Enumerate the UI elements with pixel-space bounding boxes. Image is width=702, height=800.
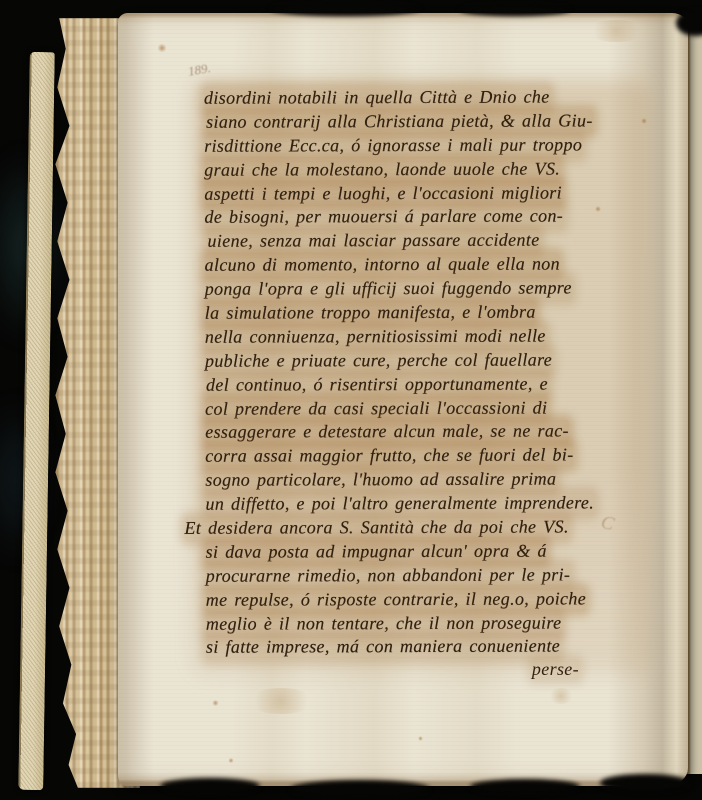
catchword: perse-	[532, 659, 579, 680]
text-line-ink: si dava posta ad impugnar alcun' opra & …	[206, 540, 547, 565]
text-line-ink: aspetti i tempi e luoghi, e l'occasioni …	[204, 181, 562, 206]
text-line-ink: la simulatione troppo manifesta, e l'omb…	[205, 301, 536, 326]
page-edge-shadow	[290, 780, 430, 798]
text-line: essaggerare e detestare alcun male, se n…	[205, 420, 651, 445]
text-line: ponga l'opra e gli ufficij suoi fuggendo…	[205, 276, 651, 301]
text-line-ink: disordini notabili in quella Città e Dni…	[204, 86, 550, 111]
stain-spot	[641, 118, 647, 124]
page-edge-shadow	[470, 779, 580, 794]
text-line-ink: meglio è il non tentare, che il non pros…	[206, 611, 562, 636]
stain-spot	[212, 700, 219, 706]
text-line-ink: nella conniuenza, pernitiosissimi modi n…	[205, 324, 546, 349]
text-line-ink: essaggerare e detestare alcun male, se n…	[205, 420, 569, 445]
text-line: corra assai maggior frutto, che se fuori…	[205, 444, 651, 469]
page-edge-shadow	[270, 2, 420, 16]
text-line-ink: alcuno di momento, intorno al quale ella…	[205, 253, 560, 278]
stain-spot	[228, 758, 234, 763]
text-line: risdittione Ecc.ca, ó ignorasse i mali p…	[204, 133, 650, 158]
text-line-ink: un diffetto, e poi l'altro generalmente …	[205, 492, 594, 517]
stain-spot	[586, 20, 646, 42]
text-line-ink: procurarne rimedio, non abbandoni per le…	[206, 563, 571, 588]
text-line: un diffetto, e poi l'altro generalmente …	[205, 491, 651, 516]
text-line: publiche e priuate cure, perche col faue…	[205, 348, 651, 373]
text-line: uiene, senza mai lasciar passare acciden…	[208, 229, 651, 254]
stain-spot	[157, 44, 167, 52]
text-line-ink: risdittione Ecc.ca, ó ignorasse i mali p…	[204, 133, 582, 158]
text-line-ink: publiche e priuate cure, perche col faue…	[205, 348, 552, 373]
text-line: alcuno di momento, intorno al quale ella…	[205, 252, 651, 277]
stain-spot	[595, 206, 601, 212]
text-line: col prendere da casi speciali l'occassio…	[205, 396, 651, 421]
photograph-of-open-book: 189. disordini notabili in quella Città …	[0, 0, 702, 800]
text-line-ink: col prendere da casi speciali l'occassio…	[205, 396, 547, 421]
text-line: aspetti i tempi e luoghi, e l'occasioni …	[204, 181, 650, 206]
page-edge-shadow	[160, 778, 260, 794]
text-line: graui che la molestano, laonde uuole che…	[204, 157, 650, 182]
text-line-ink: uiene, senza mai lasciar passare acciden…	[208, 229, 540, 254]
text-line-ink: sogno particolare, l'huomo ad assalire p…	[205, 468, 556, 493]
text-line: de bisogni, per muouersi á parlare come …	[204, 205, 650, 230]
text-line-ink: corra assai maggior frutto, che se fuori…	[205, 444, 573, 469]
catchword-line: perse-	[205, 659, 651, 680]
manuscript-text: disordini notabili in quella Città e Dni…	[204, 85, 652, 660]
text-line-ink: siano contrarij alla Christiana pietà, &…	[206, 109, 593, 134]
text-line: si dava posta ad impugnar alcun' opra & …	[206, 539, 652, 564]
text-line-ink: ponga l'opra e gli ufficij suoi fuggendo…	[205, 277, 572, 302]
text-line: me repulse, ó risposte contrarie, il neg…	[206, 587, 652, 612]
text-line-ink: me repulse, ó risposte contrarie, il neg…	[206, 587, 586, 612]
text-line-ink: Et desidera ancora S. Santità che da poi…	[185, 516, 569, 541]
stain-spot	[418, 736, 423, 741]
page-edge-shadow	[460, 4, 570, 16]
text-line: la simulatione troppo manifesta, e l'omb…	[205, 300, 651, 325]
text-line: siano contrarij alla Christiana pietà, &…	[206, 109, 650, 134]
text-line: Et desidera ancora S. Santità che da poi…	[185, 515, 652, 541]
text-line: disordini notabili in quella Città e Dni…	[204, 85, 650, 110]
stain-spot	[246, 688, 316, 714]
stain-spot	[548, 688, 574, 704]
text-line: procurarne rimedio, non abbandoni per le…	[206, 563, 652, 588]
text-line-ink: de bisogni, per muouersi á parlare come …	[204, 205, 563, 230]
text-line: nella conniuenza, pernitiosissimi modi n…	[205, 324, 651, 349]
text-line: sogno particolare, l'huomo ad assalire p…	[205, 467, 651, 492]
text-line-ink: del continuo, ó risentirsi opportunament…	[206, 372, 548, 397]
text-line: del continuo, ó risentirsi opportunament…	[206, 372, 651, 397]
text-line: meglio è il non tentare, che il non pros…	[206, 611, 652, 636]
text-line: si fatte imprese, má con maniera conueni…	[206, 635, 652, 660]
page-edge-shadow	[600, 774, 690, 792]
text-line-ink: si fatte imprese, má con maniera conueni…	[206, 635, 560, 660]
text-line-ink: graui che la molestano, laonde uuole che…	[204, 157, 560, 182]
